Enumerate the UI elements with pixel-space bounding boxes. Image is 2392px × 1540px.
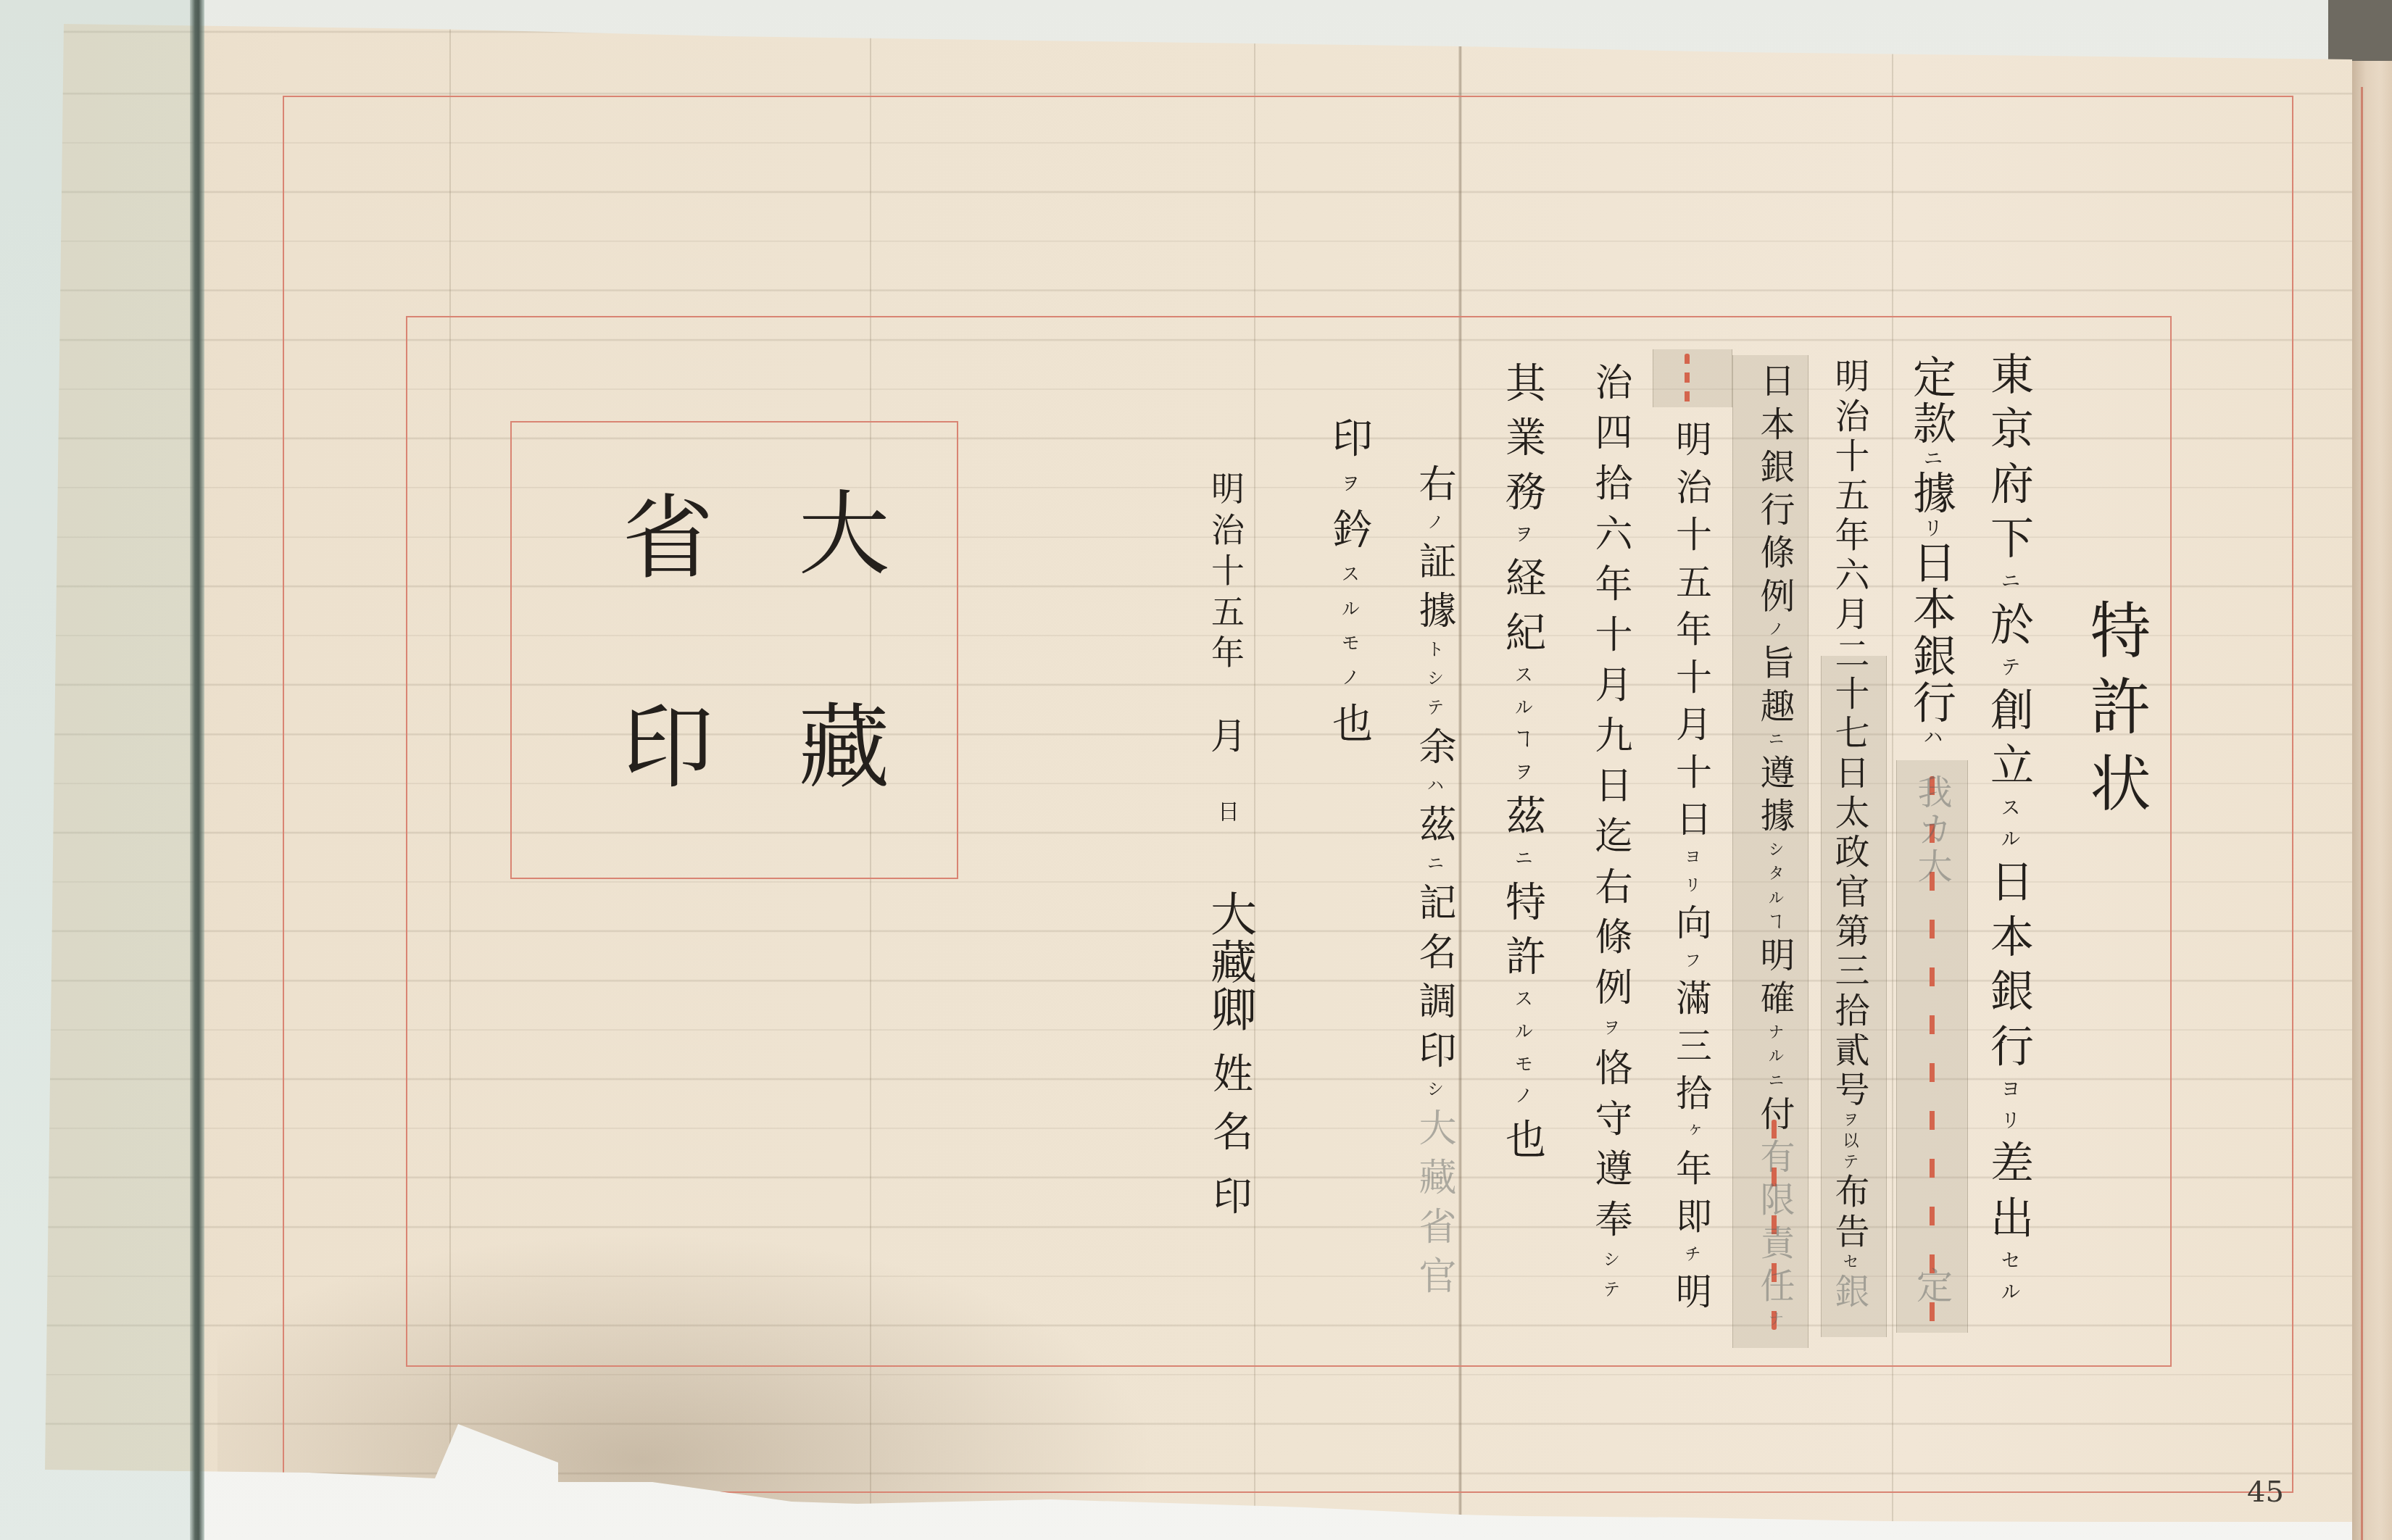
okurigana-segment: ハ	[1424, 776, 1444, 805]
okurigana-segment: ニ	[1511, 849, 1533, 881]
okurigana-segment: ニ	[1424, 854, 1444, 883]
signature-title: 大藏卿	[1202, 890, 1253, 1032]
okurigana-segment: チ	[1682, 1245, 1700, 1273]
okurigana-segment: シタルヿ	[1766, 841, 1784, 937]
okurigana-segment: ヲ	[1338, 473, 1360, 508]
okurigana-segment: シテ	[1600, 1250, 1620, 1297]
text-column-4: 日本銀行條例ノ旨趣ニ遵據シタルヿ明確ナルニ付有限責任ナ	[1753, 362, 1792, 1326]
text-segment: 右	[1412, 464, 1455, 513]
text-segment: 旨趣	[1754, 644, 1795, 731]
okurigana-segment: ニ	[1997, 570, 2021, 602]
text-segment: 日本銀行	[1906, 540, 1956, 726]
okurigana-segment: ヶ	[1682, 1122, 1700, 1150]
next-page-edge	[2352, 61, 2392, 1540]
text-segment: 滿三拾	[1670, 979, 1712, 1122]
text-segment: 也	[1499, 1118, 1546, 1159]
signature-name: 姓名	[1205, 1052, 1250, 1151]
text-column-2: 定款ニ據リ日本銀行ハ	[1905, 354, 1953, 746]
faded-text-segment: 我カ大	[1911, 774, 1952, 883]
okurigana-segment: ニ	[1919, 447, 1943, 470]
text-segment: 明治十五年十月十日	[1670, 420, 1712, 848]
text-segment: 治四拾六年十月九日迄右條例	[1588, 362, 1632, 1018]
signature-seal-mark: 印	[1205, 1175, 1249, 1216]
text-segment: 年即	[1670, 1149, 1712, 1244]
signature-text: 印	[1207, 1175, 1253, 1215]
okurigana-segment: スルモノ	[1511, 989, 1533, 1118]
text-column-1: 東京府下ニ於テ創立スル日本銀行ヨリ差出セル	[1982, 351, 2030, 1301]
text-segment: 創立	[1983, 687, 2034, 796]
document-sheet: 特許状 東京府下ニ於テ創立スル日本銀行ヨリ差出セル 定款ニ據リ日本銀行ハ 我カ大…	[0, 0, 2392, 1540]
text-segment: 特許	[1499, 881, 1546, 989]
okurigana-segment: トシテ	[1424, 640, 1444, 726]
faded-text-segment: ナ	[1766, 1310, 1784, 1326]
text-column-3: 明治十五年六月二十七日太政官第三拾貳号ヲ以テ布告セ銀	[1827, 358, 1866, 1308]
text-segment: 差出	[1983, 1140, 2034, 1249]
faded-text-segment: 定	[1911, 1267, 1953, 1303]
okurigana-segment: ナルニ	[1766, 1023, 1784, 1095]
red-deletion-mark	[1685, 354, 1690, 406]
slip-faded-text: 我カ大	[1910, 774, 1949, 883]
okurigana-segment: スル	[1997, 796, 2021, 859]
okurigana-segment: ヲ	[1511, 524, 1533, 557]
date-month: 月	[1203, 717, 1244, 754]
document-title: 特許状	[2080, 599, 2146, 812]
text-segment: 布告	[1829, 1173, 1869, 1252]
faded-text-segment: 有限責任	[1754, 1139, 1795, 1310]
background-shadow	[2328, 0, 2392, 62]
glass-edge	[190, 0, 204, 1540]
date-text: 日	[1213, 800, 1239, 822]
date-text: 月	[1205, 717, 1247, 753]
okurigana-segment: ニ	[1766, 731, 1784, 754]
text-segment: 鈐	[1326, 508, 1373, 565]
attestation-column: 右ノ証據トシテ余ハ茲ニ記名調印シ大藏省官	[1411, 464, 1453, 1294]
okurigana-segment: ノ	[1424, 513, 1444, 542]
okurigana-segment: スルモノ	[1338, 564, 1360, 702]
okurigana-segment: ヨリ	[1682, 848, 1700, 904]
seal-box-left-column: 省印	[606, 489, 706, 790]
okurigana-segment: シ	[1424, 1080, 1444, 1109]
attestation-column-continued: 印ヲ鈐スルモノ也	[1324, 417, 1369, 743]
text-segment: 茲	[1499, 794, 1546, 849]
text-segment: 定款	[1906, 354, 1956, 447]
text-segment: 印	[1326, 417, 1373, 473]
okurigana-segment: リ	[1919, 517, 1943, 541]
text-segment: 余	[1412, 727, 1455, 776]
okurigana-segment: フ	[1682, 952, 1700, 980]
okurigana-segment: ハ	[1919, 726, 1943, 746]
okurigana-segment: スルヿヲ	[1511, 665, 1533, 794]
okurigana-segment: ヨリ	[1997, 1078, 2021, 1140]
faded-text-segment: 銀	[1829, 1273, 1869, 1308]
text-segment: 遵據	[1754, 754, 1795, 841]
slip-faded-text: 定	[1909, 1267, 1950, 1304]
text-segment: 也	[1326, 702, 1373, 743]
text-segment: 向	[1670, 904, 1712, 952]
text-column-7: 其業務ヲ経紀スルヿヲ茲ニ特許スルモノ也	[1498, 362, 1542, 1159]
text-segment: 恪守遵奉	[1588, 1048, 1632, 1249]
signature-text: 大藏卿	[1203, 890, 1256, 1032]
text-segment: 記名調印	[1412, 883, 1455, 1079]
okurigana-segment: ヲ以テ	[1840, 1111, 1859, 1173]
text-segment: 東京府下	[1983, 351, 2034, 570]
display-glass	[0, 0, 197, 1540]
okurigana-segment: テ	[1997, 656, 2021, 687]
seal-text: 大藏	[784, 486, 890, 790]
text-segment: 経紀	[1499, 557, 1546, 665]
text-segment: 茲	[1412, 804, 1455, 854]
date-day: 日	[1212, 800, 1237, 822]
signature-text: 姓名	[1206, 1052, 1253, 1151]
text-segment: 明治十五年六月二十七日太政官第三拾貳号	[1829, 358, 1869, 1111]
text-column-6: 治四拾六年十月九日迄右條例ヲ恪守遵奉シテ	[1587, 362, 1629, 1297]
okurigana-segment: セ	[1840, 1252, 1859, 1273]
page-number: 45	[2247, 1476, 2284, 1509]
text-segment: 其業務	[1499, 362, 1546, 524]
text-segment: 証據	[1412, 542, 1455, 641]
text-segment: 於	[1983, 602, 2034, 656]
title-text: 特許状	[2080, 599, 2151, 812]
okurigana-segment: セル	[1997, 1249, 2021, 1301]
okurigana-segment: ヲ	[1600, 1018, 1620, 1049]
okurigana-segment: ノ	[1766, 620, 1784, 644]
date-text: 明治十五年	[1206, 471, 1245, 668]
text-segment: 明	[1670, 1273, 1712, 1309]
text-segment: 據	[1906, 470, 1956, 517]
seal-box-right-column: 大藏	[782, 486, 882, 790]
text-segment: 付	[1754, 1096, 1795, 1139]
text-segment: 日本銀行	[1983, 859, 2034, 1078]
text-segment: 日本銀行條例	[1754, 362, 1795, 620]
text-column-5: 明治十五年十月十日ヨリ向フ滿三拾ヶ年即チ明	[1669, 420, 1709, 1309]
seal-text: 省印	[607, 489, 714, 790]
text-segment: 明確	[1754, 937, 1795, 1023]
seal-box-frame	[510, 421, 958, 879]
date-era-year: 明治十五年	[1205, 471, 1242, 668]
faded-text-segment: 大藏省官	[1412, 1108, 1455, 1294]
next-page-red-rule	[2361, 87, 2363, 1540]
correction-slip	[1653, 349, 1732, 407]
